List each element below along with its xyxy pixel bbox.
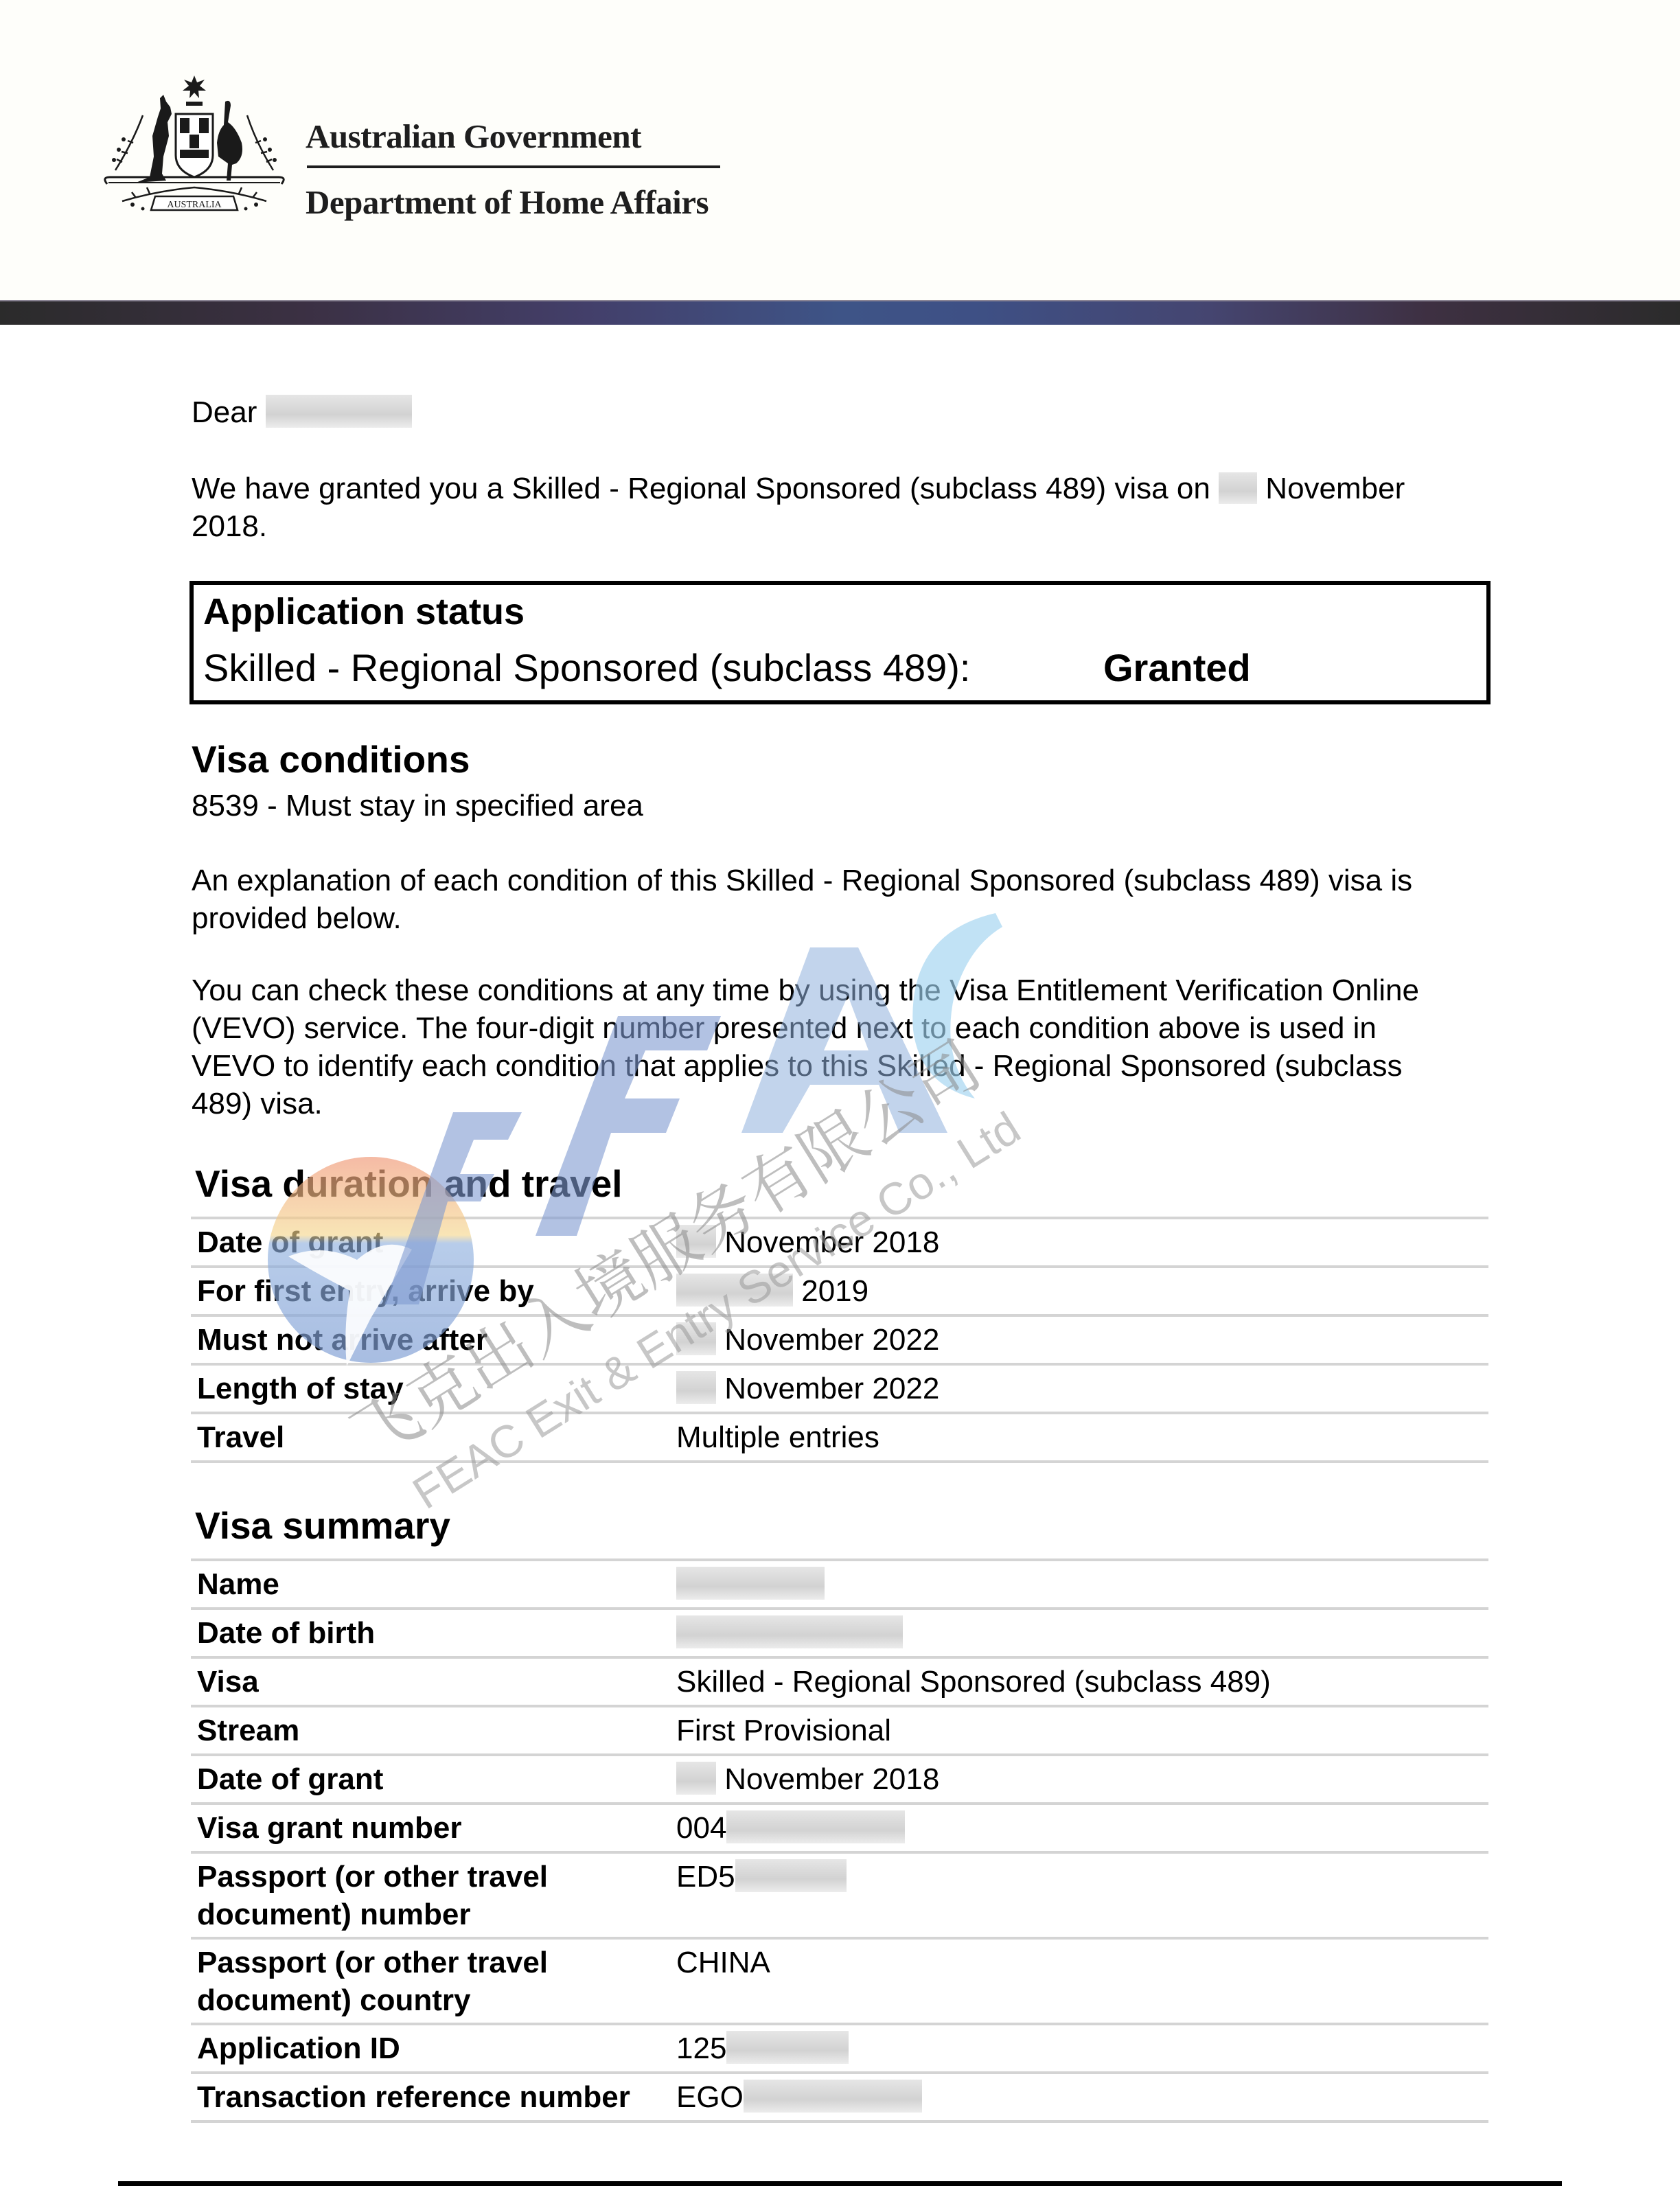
row-value: First Provisional [676, 1712, 891, 1749]
vevo-line: VEVO to identify each condition that app… [192, 1047, 1402, 1085]
row-label: Stream [197, 1712, 664, 1749]
row-label: Date of grant [197, 1223, 664, 1261]
visa-duration-heading: Visa duration and travel [195, 1162, 623, 1206]
row-value: November 2018 [676, 1760, 939, 1798]
visa-duration-table: Date of grant November 2018For first ent… [191, 1217, 1488, 1463]
row-label: Length of stay [197, 1370, 664, 1407]
row-label: Passport (or other travel document) numb… [197, 1858, 664, 1933]
row-value [676, 1614, 903, 1652]
row-value: November 2018 [676, 1223, 939, 1261]
row-label: Transaction reference number [197, 2078, 664, 2116]
status-title: Application status [203, 590, 525, 633]
table-row: Length of stay November 2022 [191, 1363, 1488, 1412]
row-label: Visa [197, 1663, 664, 1701]
table-row: For first entry, arrive by 2019 [191, 1265, 1488, 1314]
header-band-edge [0, 300, 1680, 301]
application-status-box: Application status Skilled - Regional Sp… [189, 581, 1491, 704]
table-row: Name [191, 1558, 1488, 1607]
department-name: Department of Home Affairs [306, 183, 709, 222]
table-row: StreamFirst Provisional [191, 1705, 1488, 1753]
table-row: Date of grant November 2018 [191, 1217, 1488, 1265]
redacted-field [744, 2080, 922, 2113]
redacted-field [676, 1615, 903, 1648]
visa-summary-heading: Visa summary [195, 1504, 450, 1548]
redacted-field [676, 1274, 793, 1307]
row-value: 125 [676, 2029, 849, 2067]
row-value: 004 [676, 1809, 905, 1847]
redacted-field [735, 1859, 847, 1892]
row-value: EGO [676, 2078, 922, 2116]
row-label: Visa grant number [197, 1809, 664, 1847]
row-label: Name [197, 1565, 664, 1603]
redacted-field [676, 1322, 716, 1355]
row-label: Must not arrive after [197, 1321, 664, 1359]
table-row: Visa grant number004 [191, 1802, 1488, 1851]
row-value: ED5 [676, 1858, 847, 1896]
row-value: 2019 [676, 1272, 868, 1310]
salutation: Dear [192, 393, 412, 431]
vevo-line: (VEVO) service. The four-digit number pr… [192, 1009, 1377, 1047]
vevo-line: 489) visa. [192, 1085, 323, 1123]
header-divider [307, 165, 720, 168]
row-value: November 2022 [676, 1370, 939, 1407]
svg-text:AUSTRALIA: AUSTRALIA [167, 200, 222, 210]
redacted-field [726, 2031, 849, 2064]
redacted-field [676, 1225, 716, 1258]
agency-name: Australian Government [306, 117, 641, 156]
header-band [0, 300, 1680, 325]
redacted-field [676, 1762, 716, 1795]
row-label: Date of birth [197, 1614, 664, 1652]
status-visa-label: Skilled - Regional Sponsored (subclass 4… [203, 645, 970, 690]
table-row: Passport (or other travel document) coun… [191, 1937, 1488, 2023]
row-label: Date of grant [197, 1760, 664, 1798]
redacted-field [676, 1567, 825, 1600]
row-value [676, 1565, 825, 1603]
redacted-name [266, 395, 412, 428]
row-label: Passport (or other travel document) coun… [197, 1944, 664, 2019]
table-row: Application ID125 [191, 2023, 1488, 2071]
table-row: Date of birth [191, 1607, 1488, 1656]
table-row: Date of grant November 2018 [191, 1753, 1488, 1802]
explanation-line: provided below. [192, 899, 402, 937]
row-value: November 2022 [676, 1321, 939, 1359]
table-row: Transaction reference numberEGO [191, 2071, 1488, 2123]
row-label: Application ID [197, 2029, 664, 2067]
row-label: Travel [197, 1418, 664, 1456]
redacted-field [676, 1371, 716, 1404]
status-badge: Granted [1103, 645, 1251, 690]
redacted-day [1219, 472, 1257, 504]
coat-of-arms-icon: AUSTRALIA [95, 74, 294, 222]
vevo-line: You can check these conditions at any ti… [192, 971, 1419, 1009]
grant-sentence: We have granted you a Skilled - Regional… [192, 470, 1405, 507]
row-value: CHINA [676, 1944, 770, 1981]
explanation-line: An explanation of each condition of this… [192, 862, 1412, 899]
row-value: Skilled - Regional Sponsored (subclass 4… [676, 1663, 1271, 1701]
visa-summary-table: NameDate of birthVisaSkilled - Regional … [191, 1558, 1488, 2123]
visa-conditions-heading: Visa conditions [192, 737, 470, 781]
row-value: Multiple entries [676, 1418, 879, 1456]
grant-sentence-line2: 2018. [192, 507, 267, 545]
redacted-field [726, 1810, 905, 1843]
condition-item: 8539 - Must stay in specified area [192, 787, 643, 825]
table-row: Must not arrive after November 2022 [191, 1314, 1488, 1363]
table-row: TravelMultiple entries [191, 1412, 1488, 1463]
table-row: VisaSkilled - Regional Sponsored (subcla… [191, 1656, 1488, 1705]
letterhead: AUSTRALIA Australian Government Departme… [0, 0, 1680, 300]
row-label: For first entry, arrive by [197, 1272, 664, 1310]
table-row: Passport (or other travel document) numb… [191, 1851, 1488, 1937]
footer-divider [118, 2181, 1562, 2186]
